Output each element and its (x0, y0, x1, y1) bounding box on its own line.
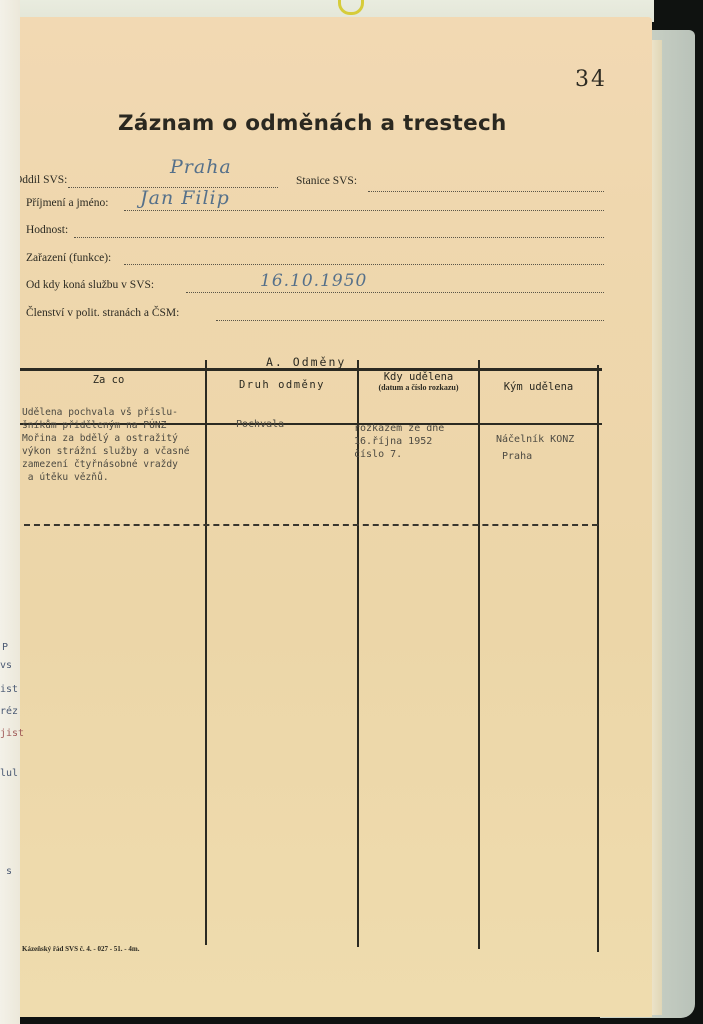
column-divider (478, 360, 480, 949)
row-separator (24, 524, 598, 526)
header-za-co: Za co (12, 374, 205, 386)
name-value: Jan Filip (140, 187, 230, 209)
table-top-border (12, 368, 602, 371)
margin-fragment: vs (0, 660, 12, 671)
stanice-label: Stanice SVS: (296, 175, 357, 187)
field-rank: 2.Hodnost: (12, 224, 68, 236)
margin-fragment: P (2, 642, 8, 653)
cell-druh: Pochvala (236, 418, 284, 431)
rank-line (74, 237, 604, 238)
field-name: 1.Příjmení a jméno: (12, 197, 108, 209)
oddil-value: Praha (170, 156, 232, 178)
footer-print-info: Kázeňský řád SVS č. 4. - 027 - 51. - 4m. (22, 945, 139, 953)
margin-fragment: lul (0, 768, 18, 779)
name-line (124, 210, 604, 211)
stanice-line (368, 191, 604, 192)
margin-fragment: s (6, 866, 12, 877)
margin-fragment: jist (0, 728, 24, 739)
field-party-membership: 5.Členství v polit. stranách a ČSM: (12, 307, 179, 319)
header-kdy-udelena: Kdy udělena (datum a číslo rozkazu) (359, 371, 478, 392)
margin-fragment: réz (0, 706, 18, 717)
field-service-since: 4.Od kdy koná službu v SVS: (12, 279, 154, 291)
section-title: A. Odměny (266, 355, 346, 369)
margin-fragment: ist (0, 684, 18, 695)
oddil-label: Oddil SVS: (14, 174, 67, 186)
header-kym-udelena: Kým udělena (480, 381, 597, 393)
document-page: 34 Záznam o odměnách a trestech Oddil SV… (10, 17, 652, 1017)
table-right-border (597, 365, 599, 952)
cell-kdy: rozkazem ze dne 16.října 1952 číslo 7. (354, 422, 444, 461)
cell-za-co: Udělena pochvala vš příslu- šníkům přidě… (22, 406, 190, 484)
service-since-line (186, 292, 604, 293)
party-membership-line (216, 320, 604, 321)
header-druh-odmeny: Druh odměny (207, 379, 357, 391)
cell-kym: Náčelník KONZ Praha (496, 431, 574, 465)
column-divider (205, 360, 207, 945)
adjacent-page: P vs ist réz jist lul s (0, 0, 20, 1024)
function-line (124, 264, 604, 265)
page-number: 34 (575, 67, 607, 92)
field-function: 3.Zařazení (funkce): (12, 252, 111, 264)
service-since-value: 16.10.1950 (260, 271, 367, 291)
document-title: Záznam o odměnách a trestech (118, 111, 507, 136)
